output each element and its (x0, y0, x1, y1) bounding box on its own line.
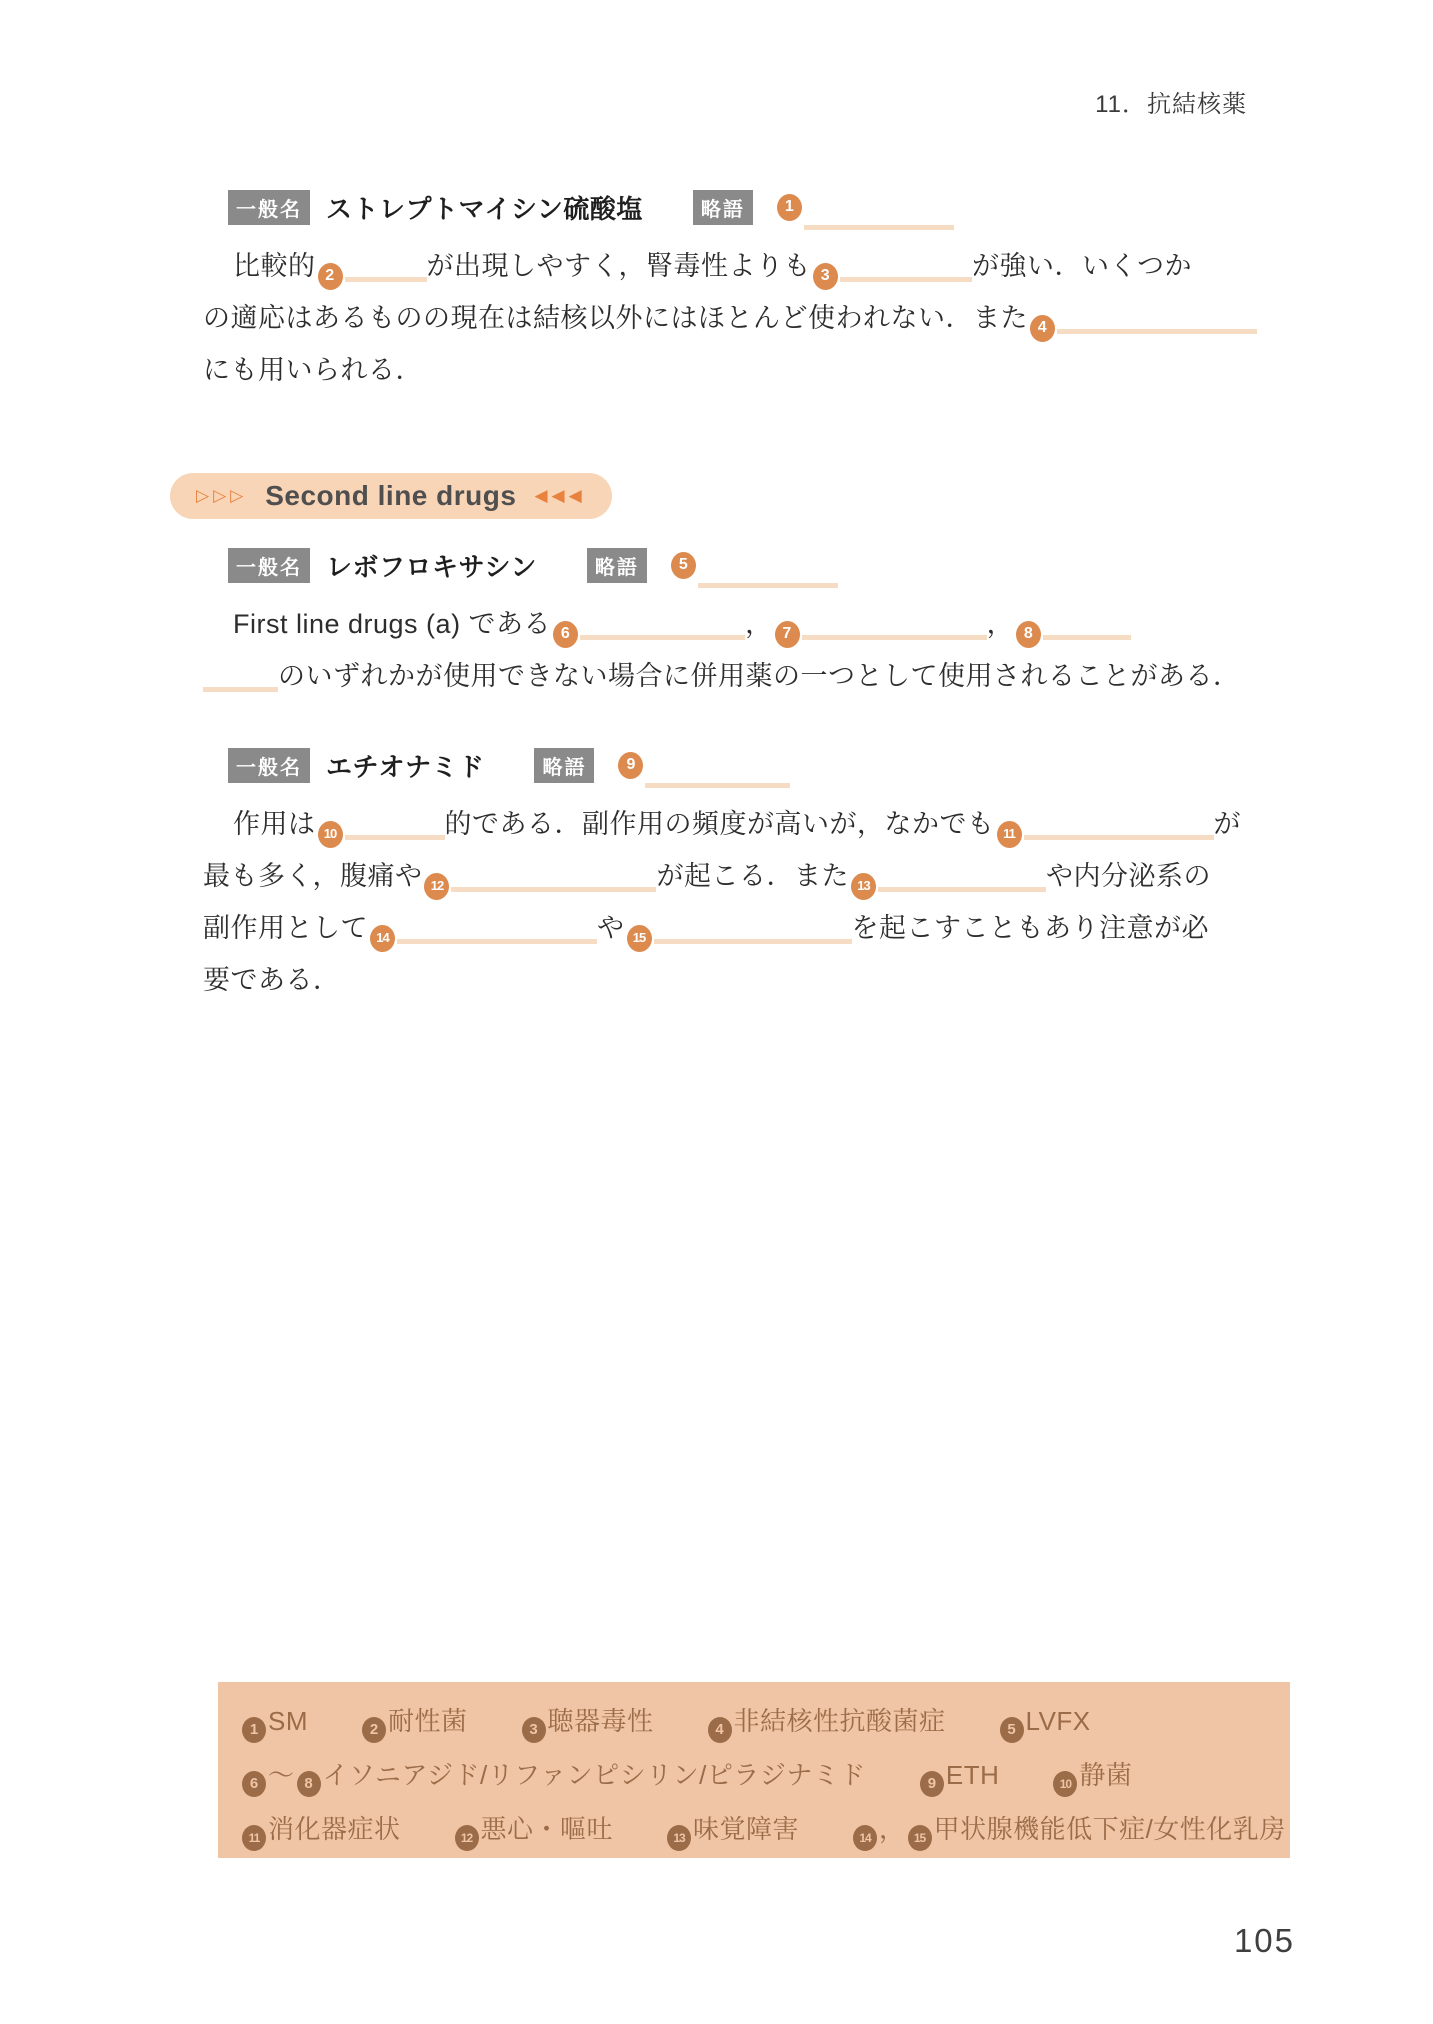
drug-name-ethionamide: エチオナミド (326, 747, 484, 784)
answer-row: 1SM2耐性菌3聴器毒性4非結核性抗酸菌症5LVFX (240, 1694, 1268, 1748)
chapter-header: 11．抗結核薬 (1095, 84, 1247, 119)
answer-blank-4 (1057, 303, 1257, 334)
answer-blank-6 (580, 609, 745, 640)
circled-number-7: 7 (775, 621, 800, 648)
text-segment: 的である．副作用の頻度が高いが，なかでも (445, 809, 995, 839)
answer-item: 3聴器毒性 (520, 1706, 654, 1736)
answer-item: 1SM (240, 1706, 308, 1736)
text-segment: にも用いられる． (203, 355, 423, 385)
circled-number-4: 4 (1030, 315, 1055, 342)
answer-blank (203, 661, 278, 692)
answer-key-box: 1SM2耐性菌3聴器毒性4非結核性抗酸菌症5LVFX 6～8イソニアジド/リファ… (218, 1682, 1290, 1858)
circled-number-11: 11 (242, 1825, 266, 1851)
answer-blank-13 (878, 861, 1046, 892)
generic-name-label: 一般名 (228, 748, 310, 783)
answer-blank-2 (345, 251, 427, 282)
text-segment: SM (268, 1706, 308, 1736)
circled-number-10: 10 (1053, 1771, 1077, 1797)
answer-item: 6～8イソニアジド/リファンピシリン/ピラジナミド (240, 1760, 866, 1790)
circled-number-2: 2 (318, 263, 343, 290)
circled-number-2: 2 (362, 1717, 386, 1743)
text-segment: LVFX (1026, 1706, 1091, 1736)
text-segment: 非結核性抗酸菌症 (734, 1706, 946, 1736)
answer-blank-3 (840, 251, 972, 282)
circled-number-6: 6 (553, 621, 578, 648)
answer-blank-10 (345, 809, 445, 840)
text-line: の適応はあるものの現在は結核以外にはほとんど使われない．また4 (203, 292, 1257, 344)
answer-blank-1 (804, 199, 954, 230)
drug-name-streptomycin: ストレプトマイシン硫酸塩 (326, 189, 643, 226)
text-line: 要である． (203, 954, 1241, 1006)
circled-number-4: 4 (708, 1717, 732, 1743)
answer-blank-11 (1024, 809, 1214, 840)
answer-blank-7 (802, 609, 987, 640)
text-segment: が強い．いくつか (972, 251, 1192, 281)
text-segment: 聴器毒性 (548, 1706, 654, 1736)
text-segment: や (597, 913, 625, 943)
circled-number-12: 12 (424, 873, 449, 900)
answer-blank-5 (698, 557, 838, 588)
abbreviation-label: 略語 (534, 748, 594, 783)
text-segment: 副作用として (203, 913, 368, 943)
answer-row: 6～8イソニアジド/リファンピシリン/ピラジナミド9ETH10静菌 (240, 1748, 1268, 1802)
text-segment: を起こすこともあり注意が必 (852, 913, 1210, 943)
text-segment: のいずれかが使用できない場合に併用薬の一つとして使用されることがある． (278, 661, 1241, 691)
text-line: 比較的2が出現しやすく，腎毒性よりも3が強い．いくつか (203, 240, 1257, 292)
text-segment: ， (745, 609, 773, 639)
text-segment: ETH (946, 1760, 1000, 1790)
text-segment: 最も多く，腹痛や (203, 861, 422, 891)
text-segment: や内分泌系の (1046, 861, 1211, 891)
circled-number-11: 11 (997, 821, 1022, 848)
right-triangles-icon: ▷▷▷ (196, 486, 247, 506)
abbreviation-label: 略語 (693, 190, 753, 225)
circled-number-9: 9 (920, 1771, 944, 1797)
text-line: 作用は10的である．副作用の頻度が高いが，なかでも11が (203, 798, 1241, 850)
paragraph-ethionamide: 作用は10的である．副作用の頻度が高いが，なかでも11が 最も多く，腹痛や12が… (203, 798, 1241, 1006)
drug-row-ethionamide: 一般名 エチオナミド 略語 9 (228, 748, 790, 782)
circled-number-10: 10 (318, 821, 343, 848)
circled-number-12: 12 (455, 1825, 479, 1851)
circled-number-6: 6 (242, 1771, 266, 1797)
text-segment: が起こる．また (656, 861, 849, 891)
section-title: Second line drugs (265, 480, 516, 512)
answer-item: 10静菌 (1051, 1760, 1132, 1790)
drug-name-levofloxacin: レボフロキサシン (326, 547, 537, 584)
circled-number-9: 9 (618, 752, 643, 779)
text-line: 副作用として14や15を起こすこともあり注意が必 (203, 902, 1241, 954)
circled-number-15: 15 (908, 1825, 932, 1851)
answer-blank-12 (451, 861, 656, 892)
drug-row-levofloxacin: 一般名 レボフロキサシン 略語 5 (228, 548, 838, 582)
answer-item: 11消化器症状 (240, 1814, 401, 1844)
textbook-page: 11．抗結核薬 一般名 ストレプトマイシン硫酸塩 略語 1 比較的2が出現しやす… (0, 0, 1433, 2024)
text-segment: 悪心・嘔吐 (481, 1814, 614, 1844)
text-segment: 静菌 (1079, 1760, 1132, 1790)
answer-blank-8 (1043, 609, 1131, 640)
text-segment: 甲状腺機能低下症/女性化乳房 (934, 1814, 1286, 1844)
text-segment: ～ (268, 1760, 295, 1790)
circled-number-5: 5 (671, 552, 696, 579)
section-header-second-line-drugs: ▷▷▷ Second line drugs ◀◀◀ (170, 473, 612, 519)
answer-item: 14，15甲状腺機能低下症/女性化乳房 (851, 1814, 1286, 1844)
text-segment: 作用は (233, 809, 316, 839)
text-line: にも用いられる． (203, 344, 1257, 396)
text-line: 最も多く，腹痛や12が起こる．また13や内分泌系の (203, 850, 1241, 902)
circled-number-8: 8 (1016, 621, 1041, 648)
answer-item: 2耐性菌 (360, 1706, 468, 1736)
answer-row: 11消化器症状12悪心・嘔吐13味覚障害14，15甲状腺機能低下症/女性化乳房 (240, 1802, 1268, 1856)
circled-number-1: 1 (242, 1717, 266, 1743)
circled-number-3: 3 (813, 263, 838, 290)
paragraph-levofloxacin: First line drugs (a) である6，7，8 のいずれかが使用でき… (203, 598, 1241, 702)
answer-item: 13味覚障害 (665, 1814, 799, 1844)
text-segment: 消化器症状 (268, 1814, 401, 1844)
circled-number-13: 13 (851, 873, 876, 900)
generic-name-label: 一般名 (228, 548, 310, 583)
circled-number-1: 1 (777, 194, 802, 221)
answer-blank-15 (654, 913, 852, 944)
generic-name-label: 一般名 (228, 190, 310, 225)
text-segment: 比較的 (233, 251, 316, 281)
drug-row-streptomycin: 一般名 ストレプトマイシン硫酸塩 略語 1 (228, 190, 954, 224)
answer-item: 5LVFX (998, 1706, 1091, 1736)
answer-blank-9 (645, 757, 790, 788)
answer-item: 4非結核性抗酸菌症 (706, 1706, 946, 1736)
circled-number-5: 5 (1000, 1717, 1024, 1743)
text-segment: 要である． (203, 965, 341, 995)
text-segment: 耐性菌 (388, 1706, 468, 1736)
page-number: 105 (1234, 1922, 1295, 1960)
text-segment: イソニアジド/リファンピシリン/ピラジナミド (323, 1760, 866, 1790)
answer-item: 12悪心・嘔吐 (453, 1814, 614, 1844)
circled-number-3: 3 (522, 1717, 546, 1743)
left-triangles-icon: ◀◀◀ (534, 486, 585, 506)
circled-number-15: 15 (627, 925, 652, 952)
text-segment: 味覚障害 (693, 1814, 799, 1844)
circled-number-13: 13 (667, 1825, 691, 1851)
abbreviation-label: 略語 (587, 548, 647, 583)
text-segment: First line drugs (a) である (233, 609, 551, 639)
text-line: のいずれかが使用できない場合に併用薬の一つとして使用されることがある． (203, 650, 1241, 702)
answer-item: 9ETH (918, 1760, 1000, 1790)
circled-number-14: 14 (853, 1825, 877, 1851)
text-segment: が (1214, 809, 1242, 839)
text-line: First line drugs (a) である6，7，8 (203, 598, 1241, 650)
text-segment: ， (879, 1814, 906, 1844)
text-segment: ， (987, 609, 1015, 639)
text-segment: が出現しやすく，腎毒性よりも (427, 251, 811, 281)
text-segment: の適応はあるものの現在は結核以外にはほとんど使われない．また (203, 303, 1028, 333)
circled-number-14: 14 (370, 925, 395, 952)
answer-blank-14 (397, 913, 597, 944)
paragraph-streptomycin: 比較的2が出現しやすく，腎毒性よりも3が強い．いくつか の適応はあるものの現在は… (203, 240, 1257, 396)
circled-number-8: 8 (297, 1771, 321, 1797)
